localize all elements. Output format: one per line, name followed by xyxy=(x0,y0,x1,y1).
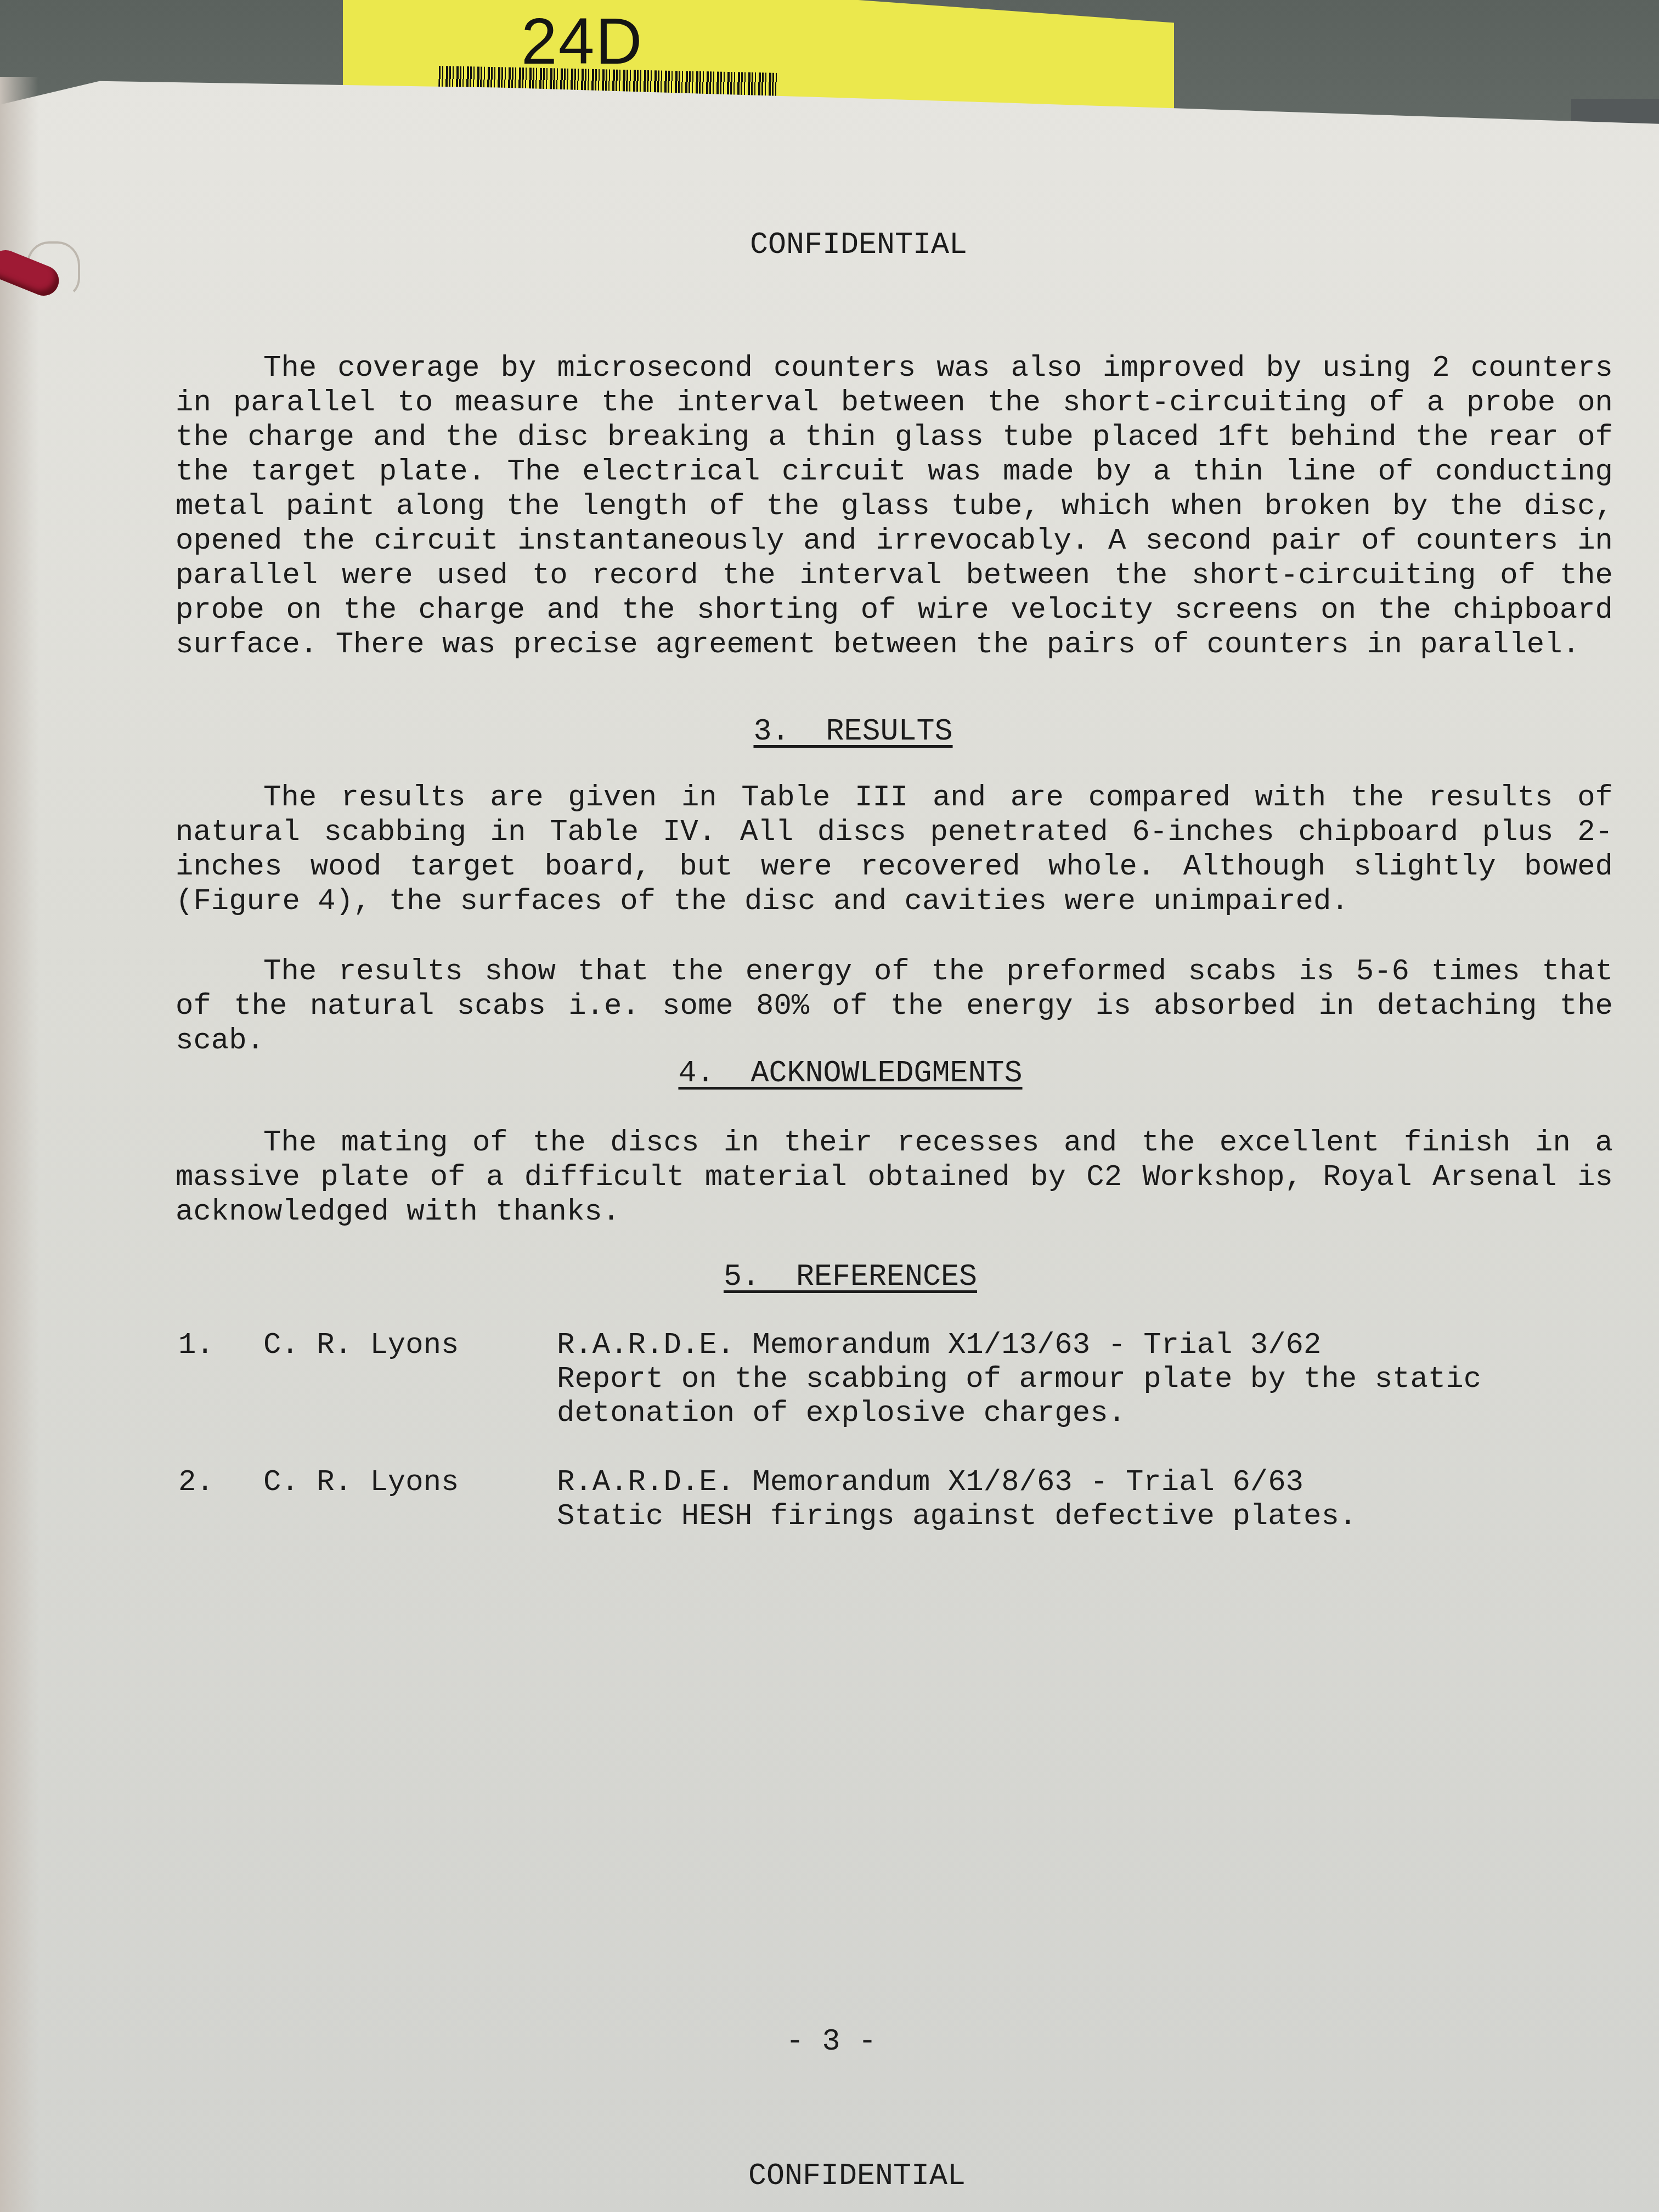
reference-number: 1. xyxy=(178,1329,233,1363)
results-paragraph-1-text: The results are given in Table III and a… xyxy=(176,781,1613,918)
results-paragraph-2-text: The results show that the energy of the … xyxy=(176,955,1613,1058)
results-paragraph-1: The results are given in Table III and a… xyxy=(176,781,1613,919)
page-number: - 3 - xyxy=(0,2024,1659,2059)
reference-author: C. R. Lyons xyxy=(263,1329,538,1363)
intro-paragraph: The coverage by microsecond counters was… xyxy=(176,351,1613,662)
references-heading: 5. REFERENCES xyxy=(0,1260,1659,1294)
acknowledgments-paragraph-text: The mating of the discs in their recesse… xyxy=(176,1126,1613,1229)
results-paragraph-2: The results show that the energy of the … xyxy=(176,955,1613,1058)
results-heading: 3. RESULTS xyxy=(0,714,1659,749)
reference-text: R.A.R.D.E. Memorandum X1/13/63 - Trial 3… xyxy=(557,1329,1544,1431)
document-content: CONFIDENTIAL The coverage by microsecond… xyxy=(0,0,1659,2212)
acknowledgments-heading: 4. ACKNOWLEDGMENTS xyxy=(0,1056,1659,1091)
reference-number: 2. xyxy=(178,1466,233,1500)
reference-author: C. R. Lyons xyxy=(263,1466,538,1500)
reference-text: R.A.R.D.E. Memorandum X1/8/63 - Trial 6/… xyxy=(557,1466,1544,1534)
footer-classification: CONFIDENTIAL xyxy=(0,2159,1659,2193)
acknowledgments-paragraph: The mating of the discs in their recesse… xyxy=(176,1126,1613,1229)
header-classification: CONFIDENTIAL xyxy=(0,228,1659,262)
intro-paragraph-text: The coverage by microsecond counters was… xyxy=(176,352,1613,662)
